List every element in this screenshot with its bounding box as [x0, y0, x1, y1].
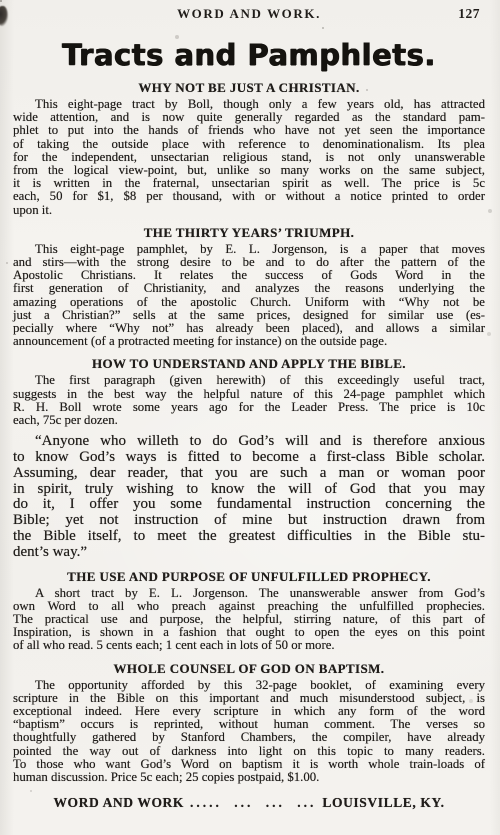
journal-title: WORD AND WORK.	[13, 6, 485, 22]
body-paragraph: This eight-page tract by Boll, though on…	[13, 98, 485, 217]
text-line: the Bible itself, to meet the greatest d…	[13, 529, 485, 545]
text-line: dent’s way.”	[13, 545, 485, 561]
text-line: announcement (of a protracted meeting fo…	[13, 335, 485, 348]
text-line: in spirit, truly wishing to know the wil…	[13, 482, 485, 498]
text-line: Assuming, dear reader, that you are such…	[13, 466, 485, 482]
text-line: amazing operations of the apostolic Chur…	[13, 296, 485, 309]
running-head: WORD AND WORK. 127	[13, 6, 485, 23]
text-line: Bible; yet not instruction of mine but i…	[13, 513, 485, 529]
footer-dots: ..... ... ... ...	[184, 795, 322, 810]
text-line: thoughtfully gathered by Stanford Chambe…	[13, 731, 485, 744]
text-line: first generation of Christianity, and an…	[13, 282, 485, 295]
page-number: 127	[458, 6, 480, 22]
text-line: of all who read. 5 cents each; 1 cent ea…	[13, 639, 485, 652]
scanned-page: WORD AND WORK. 127 Tracts and Pamphlets.…	[0, 0, 500, 835]
sections-container: WHY NOT BE JUST A CHRISTIAN.This eight-p…	[13, 80, 485, 784]
tract-section: THE USE AND PURPOSE OF UNFULFILLED PROPH…	[13, 569, 485, 653]
body-paragraph: The first paragraph (given herewith) of …	[13, 374, 485, 427]
text-line: The first paragraph (given herewith) of …	[13, 374, 485, 387]
text-line: upon it.	[13, 204, 485, 217]
tract-section: THE THIRTY YEARS’ TRIUMPH.This eight-pag…	[13, 225, 485, 349]
scan-smudge	[0, 6, 8, 26]
text-line: The opportunity afforded by this 32-page…	[13, 679, 485, 692]
body-paragraph: This eight-page pamphlet, by E. L. Jorge…	[13, 243, 485, 349]
text-line: to know God’s ways is fitted to become a…	[13, 450, 485, 466]
body-paragraph: The opportunity afforded by this 32-page…	[13, 679, 485, 785]
section-heading: THE USE AND PURPOSE OF UNFULFILLED PROPH…	[13, 569, 485, 584]
section-heading: HOW TO UNDERSTAND AND APPLY THE BIBLE.	[13, 356, 485, 371]
text-line: do it, I offer you some fundamental inst…	[13, 497, 485, 513]
text-line: “Anyone who willeth to do God’s will and…	[13, 434, 485, 450]
text-line: each, 50 for $1, $8 per thousand, with o…	[13, 190, 485, 203]
section-heading: WHOLE COUNSEL OF GOD ON BAPTISM.	[13, 661, 485, 676]
tract-section: WHY NOT BE JUST A CHRISTIAN.This eight-p…	[13, 80, 485, 217]
quote-paragraph: “Anyone who willeth to do God’s will and…	[13, 434, 485, 560]
page-title: Tracts and Pamphlets.	[13, 38, 485, 72]
footer-imprint-right: LOUISVILLE, KY.	[322, 795, 444, 810]
footer-imprint-left: WORD AND WORK	[53, 795, 184, 810]
text-line: pointed the way out of darkness into lig…	[13, 745, 485, 758]
text-line: suggests in the best way the helpful nat…	[13, 388, 485, 401]
text-line: A short tract by E. L. Jorgenson. The un…	[13, 587, 485, 600]
section-heading: WHY NOT BE JUST A CHRISTIAN.	[13, 80, 485, 95]
tract-section: WHOLE COUNSEL OF GOD ON BAPTISM.The oppo…	[13, 661, 485, 785]
tract-section: HOW TO UNDERSTAND AND APPLY THE BIBLE.Th…	[13, 356, 485, 560]
text-line: of taking the outside place with referen…	[13, 138, 485, 151]
scan-speckles	[0, 0, 2, 2]
body-paragraph: A short tract by E. L. Jorgenson. The un…	[13, 587, 485, 653]
text-line: each, 75c per dozen.	[13, 414, 485, 427]
section-heading: THE THIRTY YEARS’ TRIUMPH.	[13, 225, 485, 240]
footer-imprint: WORD AND WORK..... ... ... ...LOUISVILLE…	[13, 795, 485, 811]
text-line: phlet to put into the hands of friends w…	[13, 124, 485, 137]
text-line: human discussion. Price 5c each; 25 copi…	[13, 771, 485, 784]
